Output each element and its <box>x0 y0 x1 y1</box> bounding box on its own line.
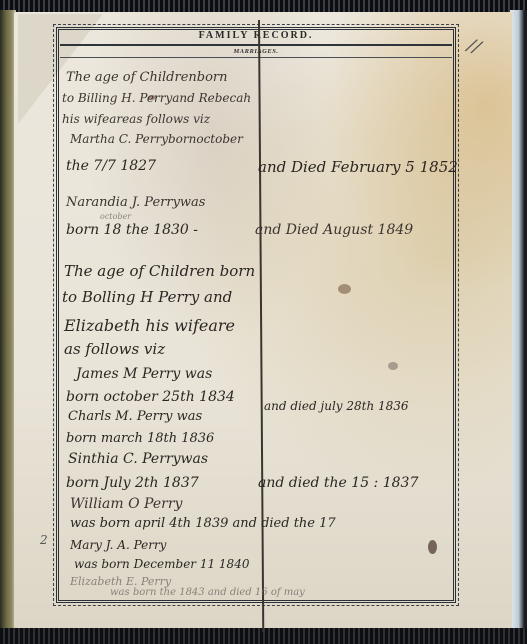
death-date: and died the 15 : 1837 <box>258 475 418 491</box>
birth-date: was born the 1843 and died 16 of may <box>110 587 305 598</box>
ink-stain <box>388 362 398 370</box>
birth-date: born march 18th 1836 <box>66 431 214 446</box>
child-name: Charls M. Perry was <box>68 409 202 424</box>
death-date: and Died August 1849 <box>255 222 413 238</box>
entry-text: to Bolling H Perry and <box>62 288 232 306</box>
death-date: and Died February 5 1852 <box>258 158 458 176</box>
section-title: MARRIAGES. <box>60 48 452 55</box>
entry-text: to Billing H. Perryand Rebecah <box>62 91 251 105</box>
child-name: Mary J. A. Perry <box>70 538 166 552</box>
ink-stain <box>428 540 437 554</box>
header-rule <box>60 44 452 46</box>
birth-date: was born December 11 1840 <box>74 557 249 571</box>
entry-text: as follows viz <box>64 340 165 358</box>
page-edge-right <box>510 10 527 640</box>
ink-stain <box>338 284 351 294</box>
margin-mark: 2 <box>40 533 48 547</box>
birth-date: born July 2th 1837 <box>66 475 199 491</box>
entry-text: Narandia J. Perrywas <box>66 195 205 210</box>
entry-text: Martha C. Perrybornoctober <box>70 132 243 146</box>
birth-date: was born april 4th 1839 and died the 17 <box>70 516 336 531</box>
header-rule-thin <box>60 57 452 58</box>
child-name: Sinthia C. Perrywas <box>68 451 208 467</box>
entry-text: The age of Children born <box>64 262 255 280</box>
birth-date: the 7/7 1827 <box>66 158 156 174</box>
child-name: William O Perry <box>70 496 182 512</box>
birth-date: born 18 the 1830 - <box>66 222 198 238</box>
page-title: FAMILY RECORD. <box>60 30 452 41</box>
entry-text: Elizabeth his wifeare <box>64 316 235 335</box>
child-name: James M Perry was <box>76 366 212 382</box>
entry-text: The age of Childrenborn <box>66 70 228 85</box>
inserted-word: october <box>100 212 131 221</box>
birth-date: born october 25th 1834 <box>66 389 235 405</box>
death-date: and died july 28th 1836 <box>264 399 409 413</box>
entry-text: his wifeareas follows viz <box>62 112 210 126</box>
